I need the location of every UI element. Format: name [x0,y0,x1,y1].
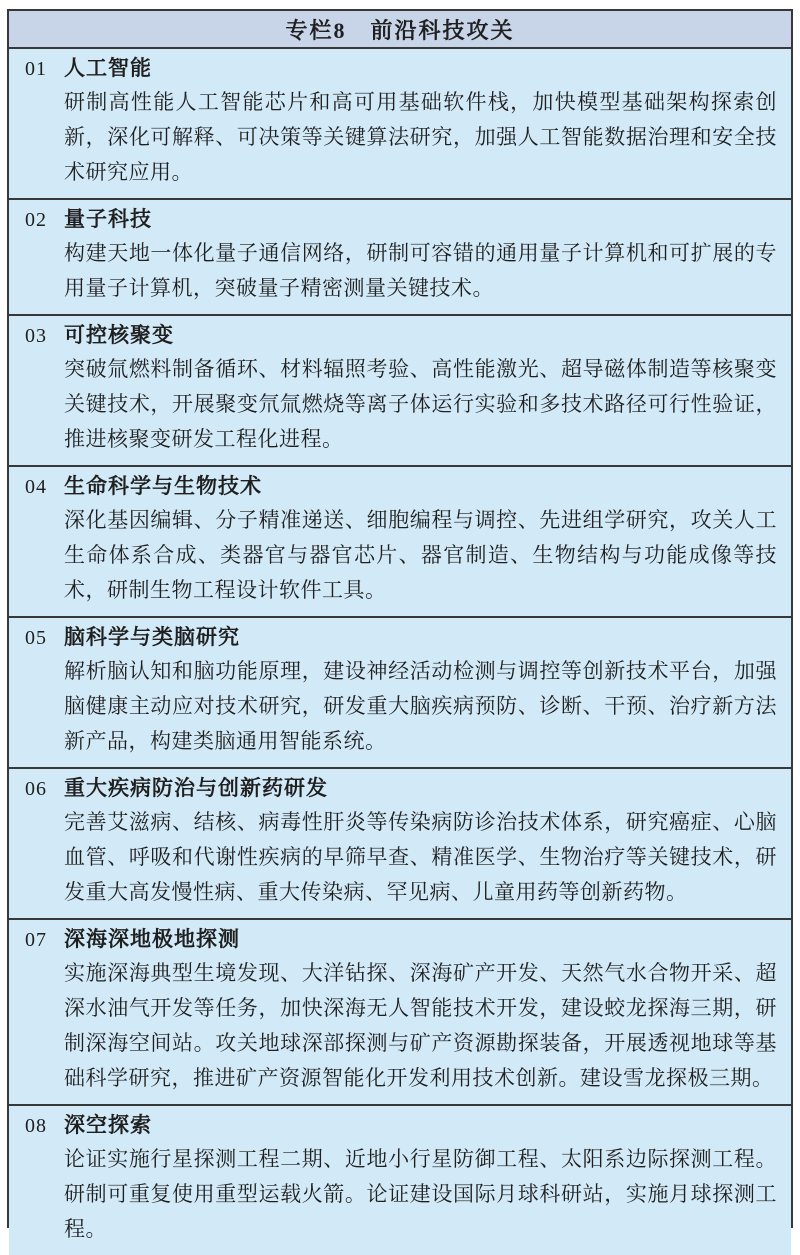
section-head: 08 深空探索 [9,1106,791,1140]
section-body: 深化基因编辑、分子精准递送、细胞编程与调控、先进组学研究，攻关人工生命体系合成、… [64,503,777,608]
section-head: 03 可控核聚变 [9,316,791,350]
section-body: 构建天地一体化量子通信网络，研制可容错的通用量子计算机和可扩展的专用量子计算机，… [64,236,777,306]
section-head: 04 生命科学与生物技术 [9,467,791,501]
section-row: 06 重大疾病防治与创新药研发 完善艾滋病、结核、病毒性肝炎等传染病防诊治技术体… [9,769,791,920]
section-row: 07 深海深地极地探测 实施深海典型生境发现、大洋钻探、深海矿产开发、天然气水合… [9,920,791,1106]
section-number: 03 [25,323,54,350]
section-head: 06 重大疾病防治与创新药研发 [9,769,791,803]
section-number: 06 [25,776,54,803]
section-title: 重大疾病防治与创新药研发 [64,775,328,802]
section-body: 实施深海典型生境发现、大洋钻探、深海矿产开发、天然气水合物开采、超深水油气开发等… [64,956,777,1096]
box-header: 专栏8 前沿科技攻关 [9,11,791,49]
section-number: 07 [25,927,54,954]
section-body: 完善艾滋病、结核、病毒性肝炎等传染病防诊治技术体系，研究癌症、心脑血管、呼吸和代… [64,805,777,910]
section-number: 01 [25,56,54,83]
section-row: 08 深空探索 论证实施行星探测工程二期、近地小行星防御工程、太阳系边际探测工程… [9,1106,791,1236]
section-number: 04 [25,474,54,501]
feature-box: 专栏8 前沿科技攻关 01 人工智能 研制高性能人工智能芯片和高可用基础软件栈，… [7,9,793,1228]
section-title: 可控核聚变 [64,322,174,349]
section-title: 深海深地极地探测 [64,926,240,953]
section-number: 08 [25,1113,54,1140]
section-body: 突破氚燃料制备循环、材料辐照考验、高性能激光、超导磁体制造等核聚变关键技术，开展… [64,352,777,457]
section-row: 05 脑科学与类脑研究 解析脑认知和脑功能原理，建设神经活动检测与调控等创新技术… [9,618,791,769]
section-row: 02 量子科技 构建天地一体化量子通信网络，研制可容错的通用量子计算机和可扩展的… [9,200,791,316]
section-title: 生命科学与生物技术 [64,473,262,500]
section-title: 深空探索 [64,1112,152,1139]
section-body: 解析脑认知和脑功能原理，建设神经活动检测与调控等创新技术平台，加强脑健康主动应对… [64,654,777,759]
section-number: 05 [25,625,54,652]
section-number: 02 [25,207,54,234]
section-body: 研制高性能人工智能芯片和高可用基础软件栈，加快模型基础架构探索创新，深化可解释、… [64,85,777,190]
section-title: 量子科技 [64,206,152,233]
section-row: 03 可控核聚变 突破氚燃料制备循环、材料辐照考验、高性能激光、超导磁体制造等核… [9,316,791,467]
section-body: 论证实施行星探测工程二期、近地小行星防御工程、太阳系边际探测工程。研制可重复使用… [64,1142,777,1236]
section-title: 脑科学与类脑研究 [64,624,240,651]
section-head: 05 脑科学与类脑研究 [9,618,791,652]
section-title: 人工智能 [64,55,152,82]
section-head: 01 人工智能 [9,49,791,83]
section-row: 04 生命科学与生物技术 深化基因编辑、分子精准递送、细胞编程与调控、先进组学研… [9,467,791,618]
section-row: 01 人工智能 研制高性能人工智能芯片和高可用基础软件栈，加快模型基础架构探索创… [9,49,791,200]
box-title: 专栏8 前沿科技攻关 [285,14,514,45]
section-head: 07 深海深地极地探测 [9,920,791,954]
section-head: 02 量子科技 [9,200,791,234]
